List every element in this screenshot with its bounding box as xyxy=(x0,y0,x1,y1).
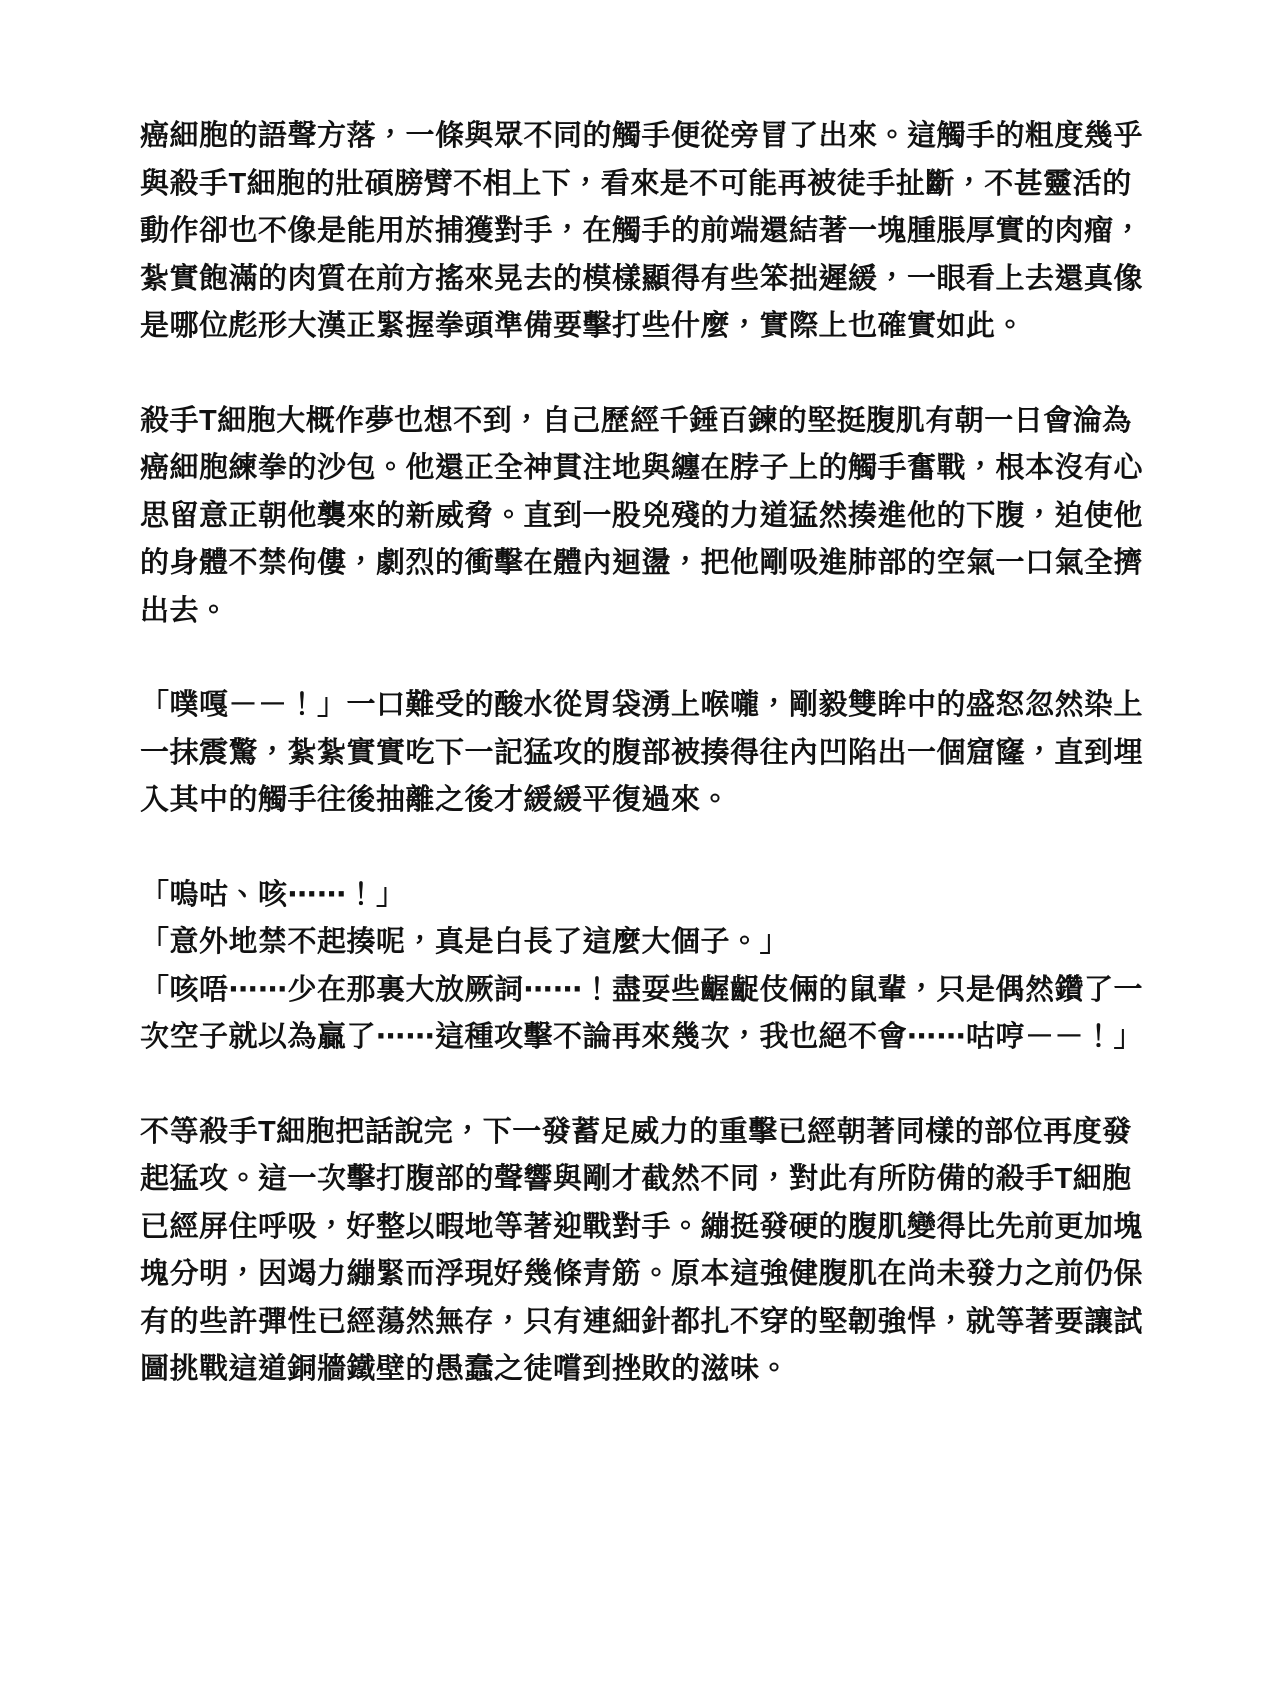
dialogue-block: 「嗚咕、咳⋯⋯！」 「意外地禁不起揍呢，真是白長了這麼大個子。」 「咳唔⋯⋯少在… xyxy=(140,872,1150,1062)
document-page: 癌細胞的語聲方落，一條與眾不同的觸手便從旁冒了出來。這觸手的粗度幾乎 與殺手T細… xyxy=(0,0,1280,1707)
paragraph-2: 殺手T細胞大概作夢也想不到，自己歷經千錘百鍊的堅挺腹肌有朝一日會淪為 癌細胞練拳… xyxy=(140,398,1150,636)
paragraph-5: 不等殺手T細胞把話說完，下一發蓄足威力的重擊已經朝著同樣的部位再度發 起猛攻。這… xyxy=(140,1109,1150,1394)
document-viewport: { "page": { "background": "#ffffff", "te… xyxy=(0,0,1280,1707)
paragraph-1: 癌細胞的語聲方落，一條與眾不同的觸手便從旁冒了出來。這觸手的粗度幾乎 與殺手T細… xyxy=(140,113,1150,351)
paragraph-3: 「噗嘎－－！」一口難受的酸水從胃袋湧上喉嚨，剛毅雙眸中的盛怒忽然染上 一抹震驚，… xyxy=(140,682,1150,825)
